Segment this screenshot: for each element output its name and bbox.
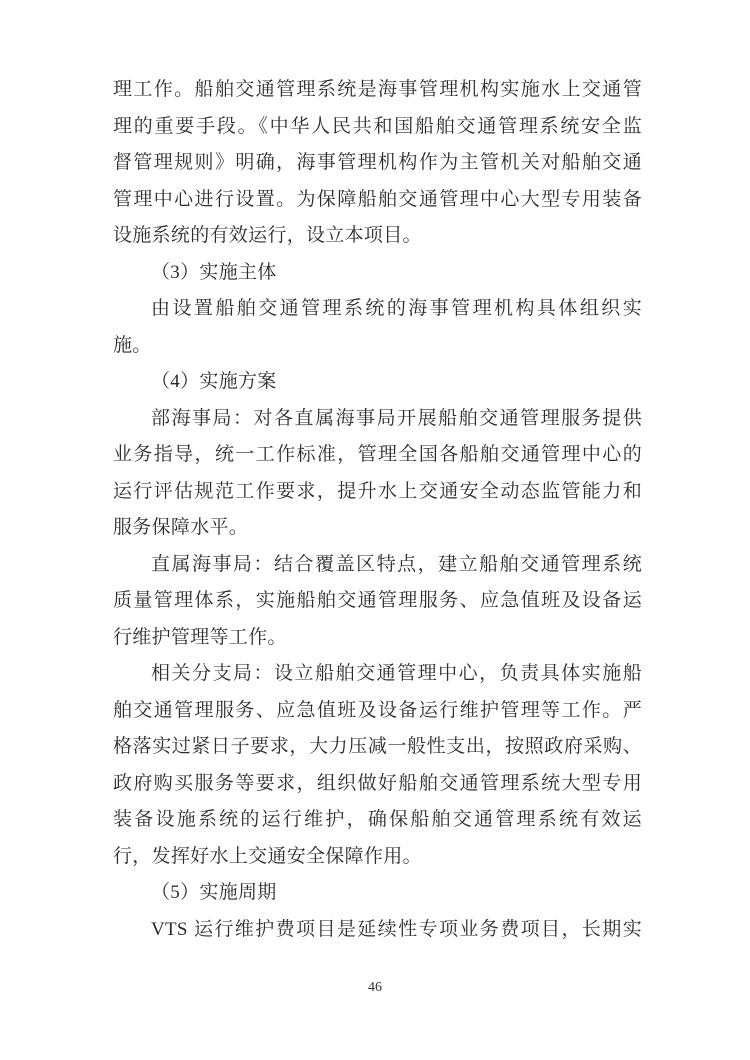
text-line: 服务保障水平。 — [113, 510, 642, 547]
text-line: 格落实过紧日子要求，大力压减一般性支出，按照政府采购、 — [113, 729, 642, 766]
text-line: 行，发挥好水上交通安全保障作用。 — [113, 839, 642, 876]
text-line: 运行评估规范工作要求，提升水上交通安全动态监管能力和 — [113, 474, 642, 511]
text-line: 质量管理体系，实施船舶交通管理服务、应急值班及设备运 — [113, 583, 642, 620]
text-line: 相关分支局：设立船舶交通管理中心，负责具体实施船 — [113, 656, 642, 693]
page-number: 46 — [368, 980, 382, 995]
section-heading-3: （3）实施主体 — [113, 255, 642, 292]
text-line: 设施系统的有效运行，设立本项目。 — [113, 218, 642, 255]
section-heading-4: （4）实施方案 — [113, 364, 642, 401]
section-heading-5: （5）实施周期 — [113, 875, 642, 912]
document-page: 理工作。船舶交通管理系统是海事管理机构实施水上交通管 理的重要手段。《中华人民共… — [0, 0, 750, 1060]
text-line: 由设置船舶交通管理系统的海事管理机构具体组织实 — [113, 291, 642, 328]
text-line: 部海事局：对各直属海事局开展船舶交通管理服务提供 — [113, 401, 642, 438]
text-line: 理的重要手段。《中华人民共和国船舶交通管理系统安全监 — [113, 109, 642, 146]
text-line: 理工作。船舶交通管理系统是海事管理机构实施水上交通管 — [113, 72, 642, 109]
text-line: 直属海事局：结合覆盖区特点，建立船舶交通管理系统 — [113, 547, 642, 584]
text-line: VTS 运行维护费项目是延续性专项业务费项目，长期实 — [113, 912, 642, 949]
text-line: 施。 — [113, 328, 642, 365]
text-line: 政府购买服务等要求，组织做好船舶交通管理系统大型专用 — [113, 766, 642, 803]
page-footer: 46 — [0, 978, 750, 996]
text-line: 管理中心进行设置。为保障船舶交通管理中心大型专用装备 — [113, 182, 642, 219]
text-line: 业务指导，统一工作标准，管理全国各船舶交通管理中心的 — [113, 437, 642, 474]
document-body: 理工作。船舶交通管理系统是海事管理机构实施水上交通管 理的重要手段。《中华人民共… — [113, 72, 642, 948]
text-line: 装备设施系统的运行维护，确保船舶交通管理系统有效运 — [113, 802, 642, 839]
text-line: 督管理规则》明确，海事管理机构作为主管机关对船舶交通 — [113, 145, 642, 182]
text-line: 舶交通管理服务、应急值班及设备运行维护管理等工作。严 — [113, 693, 642, 730]
text-line: 行维护管理等工作。 — [113, 620, 642, 657]
